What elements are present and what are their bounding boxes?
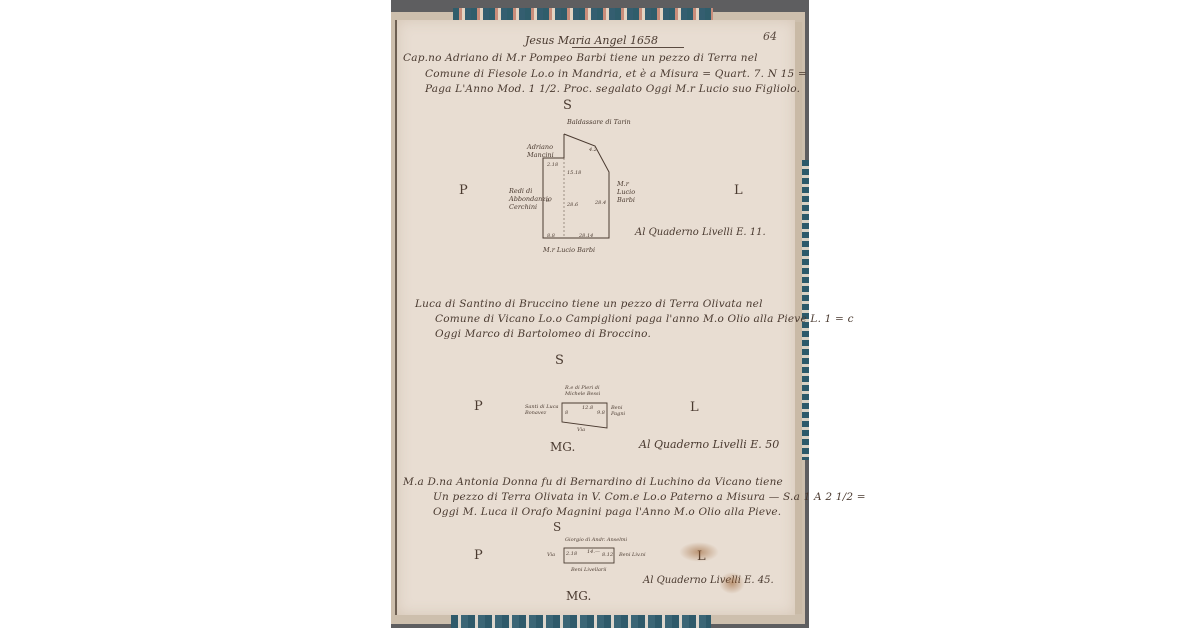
plot-3-right-label: Beni Liv.ni: [619, 552, 646, 558]
plot-3-measure: 14.—: [587, 549, 600, 555]
manuscript-page: 64 Jesus Maria Angel 1658 Cap.no Adriano…: [395, 20, 795, 615]
decorative-binding-bottom: [451, 614, 711, 628]
plot-3-bottom-label: Beni Livellarii: [571, 567, 607, 573]
plot-3-measure: 2.18: [566, 551, 577, 557]
plot-3-left-label: Via: [547, 552, 555, 558]
book-scan: 64 Jesus Maria Angel 1658 Cap.no Adriano…: [391, 0, 809, 628]
plot-3-top-label: Giorgio di Andr. Anselmi: [565, 537, 627, 543]
plot-3-reference: Al Quaderno Livelli E. 45.: [643, 575, 774, 586]
plot-3-diagram: [397, 20, 795, 615]
ink-stain: [679, 542, 719, 562]
plot-3-measure: 8.12: [602, 552, 613, 558]
ink-stain: [719, 572, 745, 594]
